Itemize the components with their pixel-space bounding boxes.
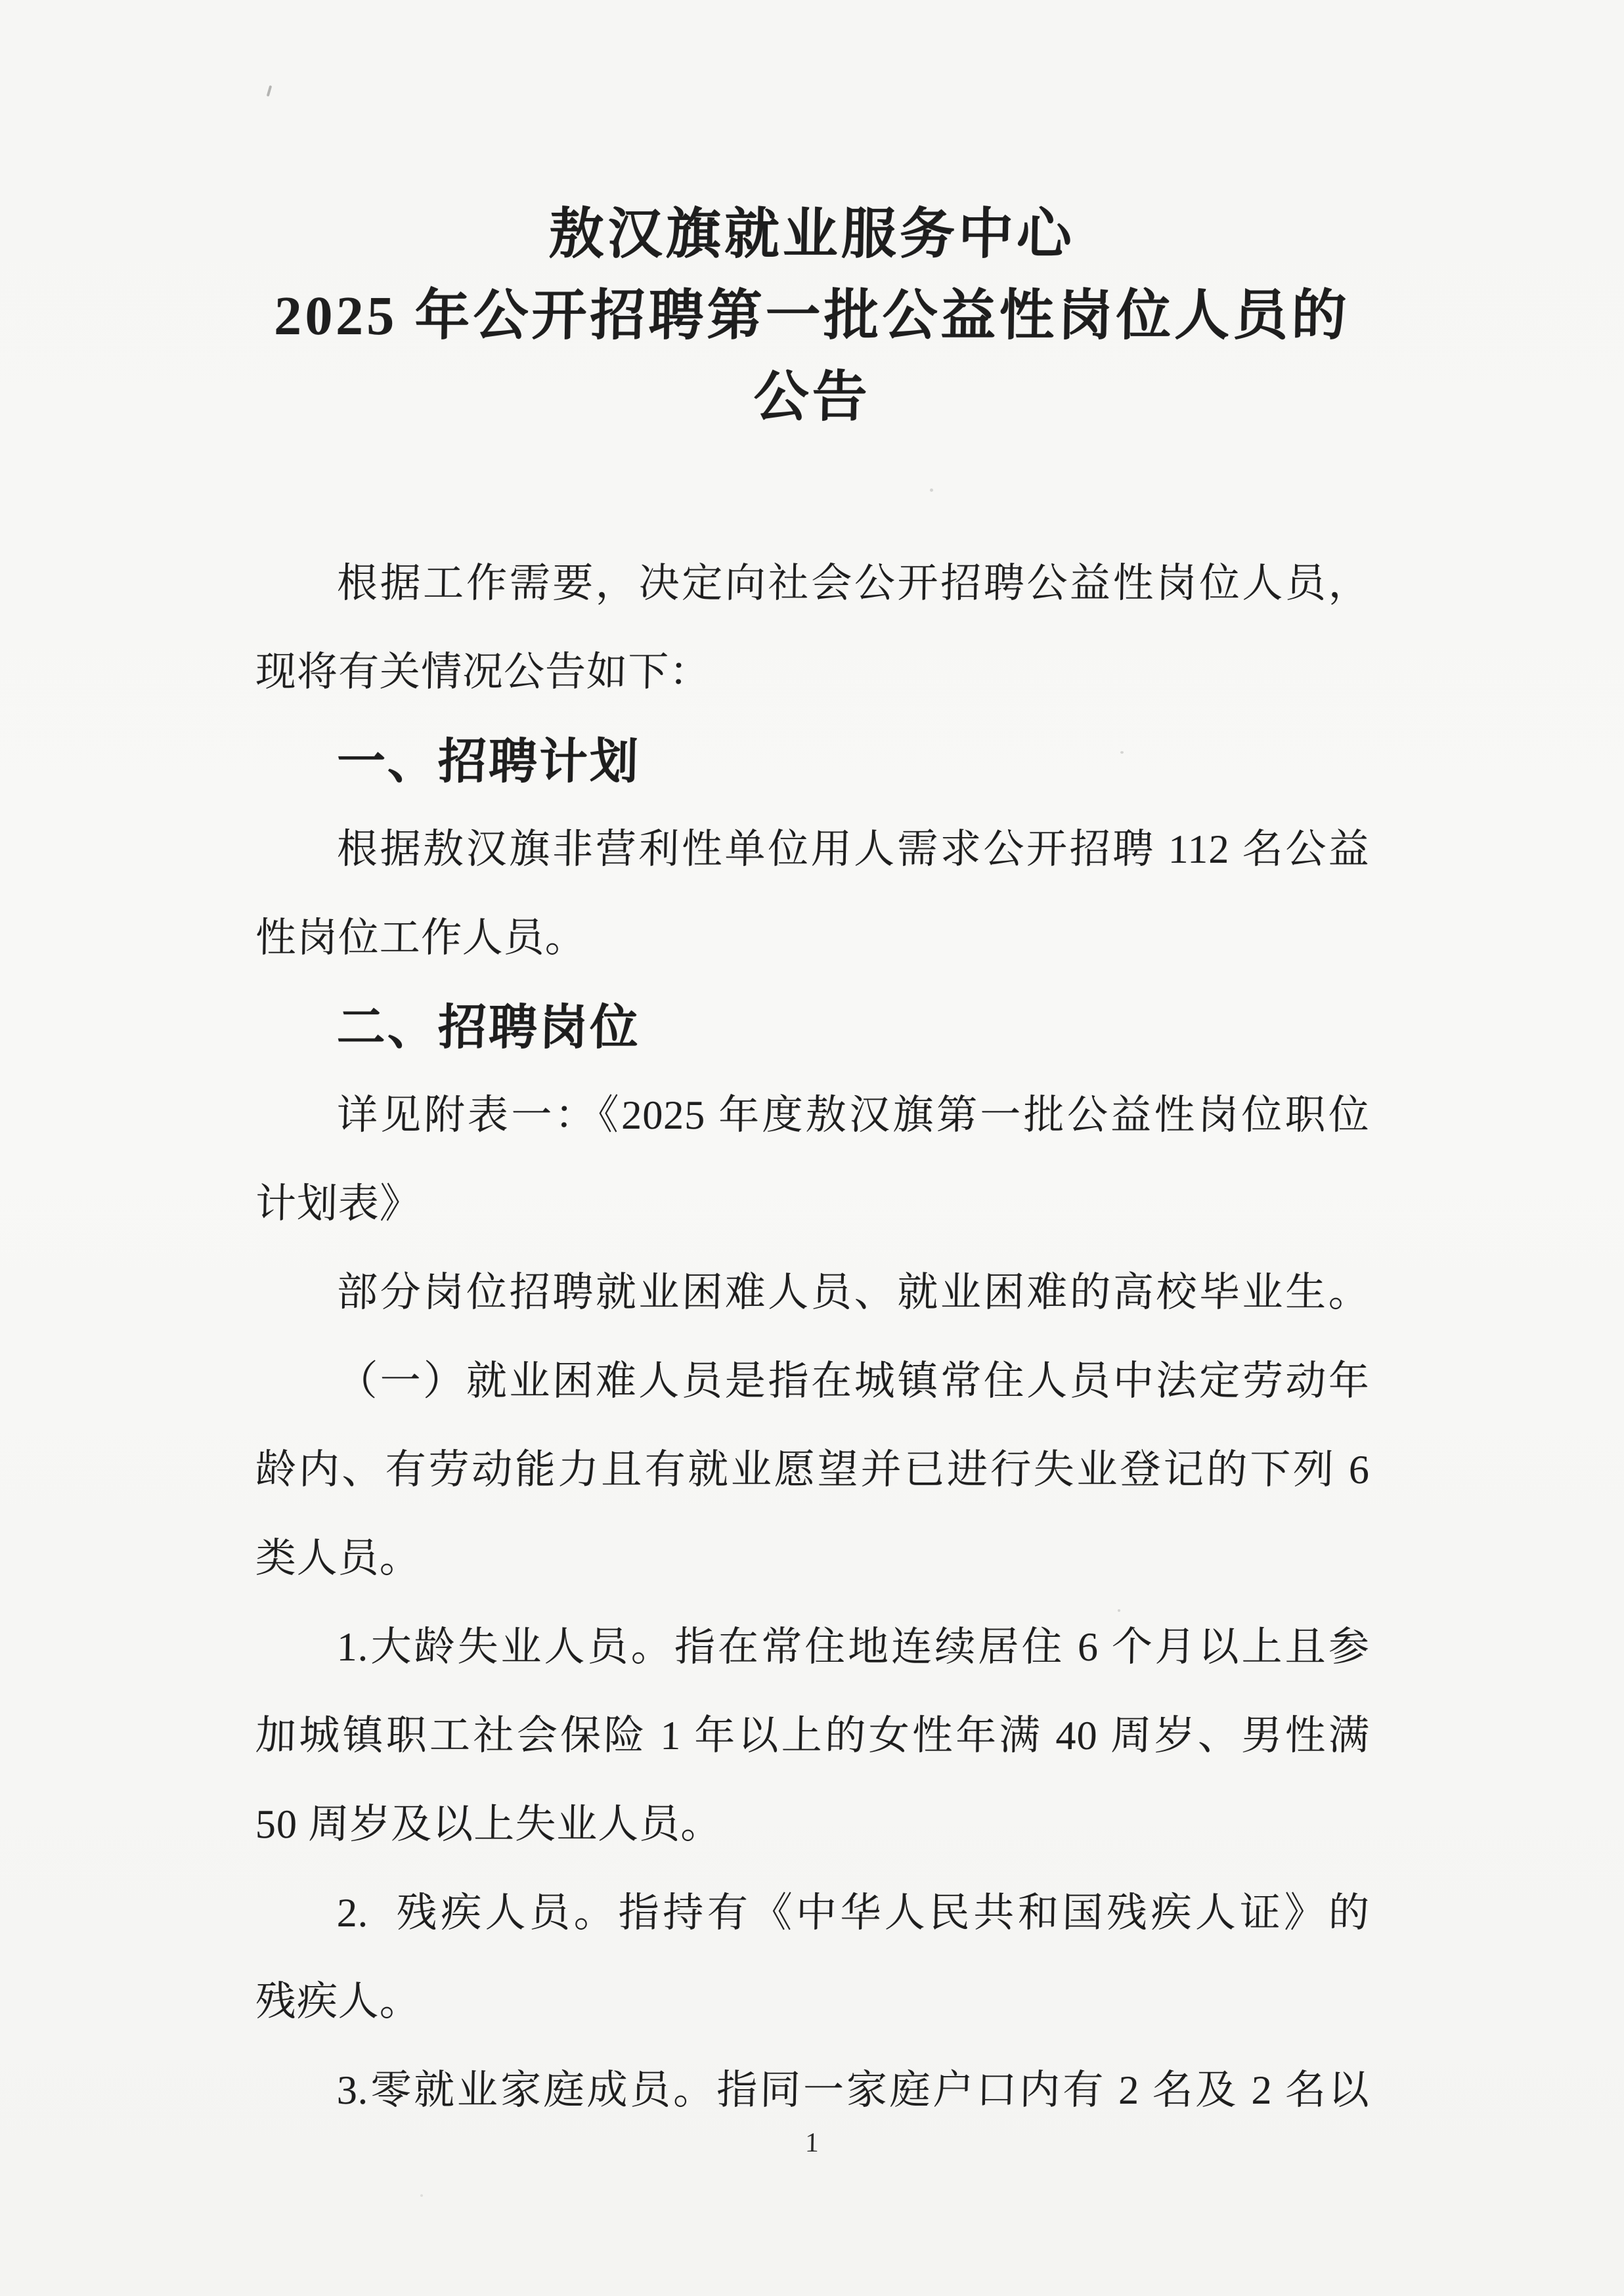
body-line: 根据工作需要，决定向社会公开招聘公益性岗位人员， <box>255 540 1371 628</box>
body-line: 计划表》 <box>255 1160 1371 1249</box>
body-line: 50 周岁及以上失业人员。 <box>255 1781 1371 1869</box>
section-heading: 一、招聘计划 <box>255 717 1371 806</box>
section-heading: 二、招聘岗位 <box>255 983 1371 1072</box>
body-line: 部分岗位招聘就业困难人员、就业困难的高校毕业生。 <box>255 1249 1371 1337</box>
body-line: 1.大龄失业人员。指在常住地连续居住 6 个月以上且参 <box>255 1603 1371 1692</box>
body-line: 残疾人。 <box>255 1958 1371 2047</box>
body-line: （一）就业困难人员是指在城镇常住人员中法定劳动年 <box>255 1337 1371 1426</box>
scan-speck <box>930 488 933 492</box>
body-line: 3.零就业家庭成员。指同一家庭户口内有 2 名及 2 名以 <box>255 2047 1371 2135</box>
title-line: 敖汉旗就业服务中心 <box>98 194 1526 276</box>
page-number: 1 <box>0 2126 1624 2160</box>
body-line: 现将有关情况公告如下： <box>255 628 1371 717</box>
body-line: 龄内、有劳动能力且有就业愿望并已进行失业登记的下列 6 <box>255 1426 1371 1515</box>
body-line: 类人员。 <box>255 1515 1371 1603</box>
body-line: 详见附表一：《2025 年度敖汉旗第一批公益性岗位职位 <box>255 1072 1371 1160</box>
body-line: 根据敖汉旗非营利性单位用人需求公开招聘 112 名公益 <box>255 806 1371 894</box>
body-line: 加城镇职工社会保险 1 年以上的女性年满 40 周岁、男性满 <box>255 1692 1371 1781</box>
scan-tick-artifact <box>267 85 273 97</box>
scan-speck <box>420 2194 423 2197</box>
body-line: 性岗位工作人员。 <box>255 894 1371 983</box>
title-line: 公告 <box>98 357 1526 439</box>
document-body: 根据工作需要，决定向社会公开招聘公益性岗位人员，现将有关情况公告如下：一、招聘计… <box>255 540 1370 2135</box>
body-line: 2. 残疾人员。指持有《中华人民共和国残疾人证》的 <box>255 1869 1371 1958</box>
scanned-document-page: 敖汉旗就业服务中心2025 年公开招聘第一批公益性岗位人员的公告 根据工作需要，… <box>0 0 1624 2296</box>
title-line: 2025 年公开招聘第一批公益性岗位人员的 <box>98 276 1526 357</box>
document-title: 敖汉旗就业服务中心2025 年公开招聘第一批公益性岗位人员的公告 <box>99 194 1525 439</box>
